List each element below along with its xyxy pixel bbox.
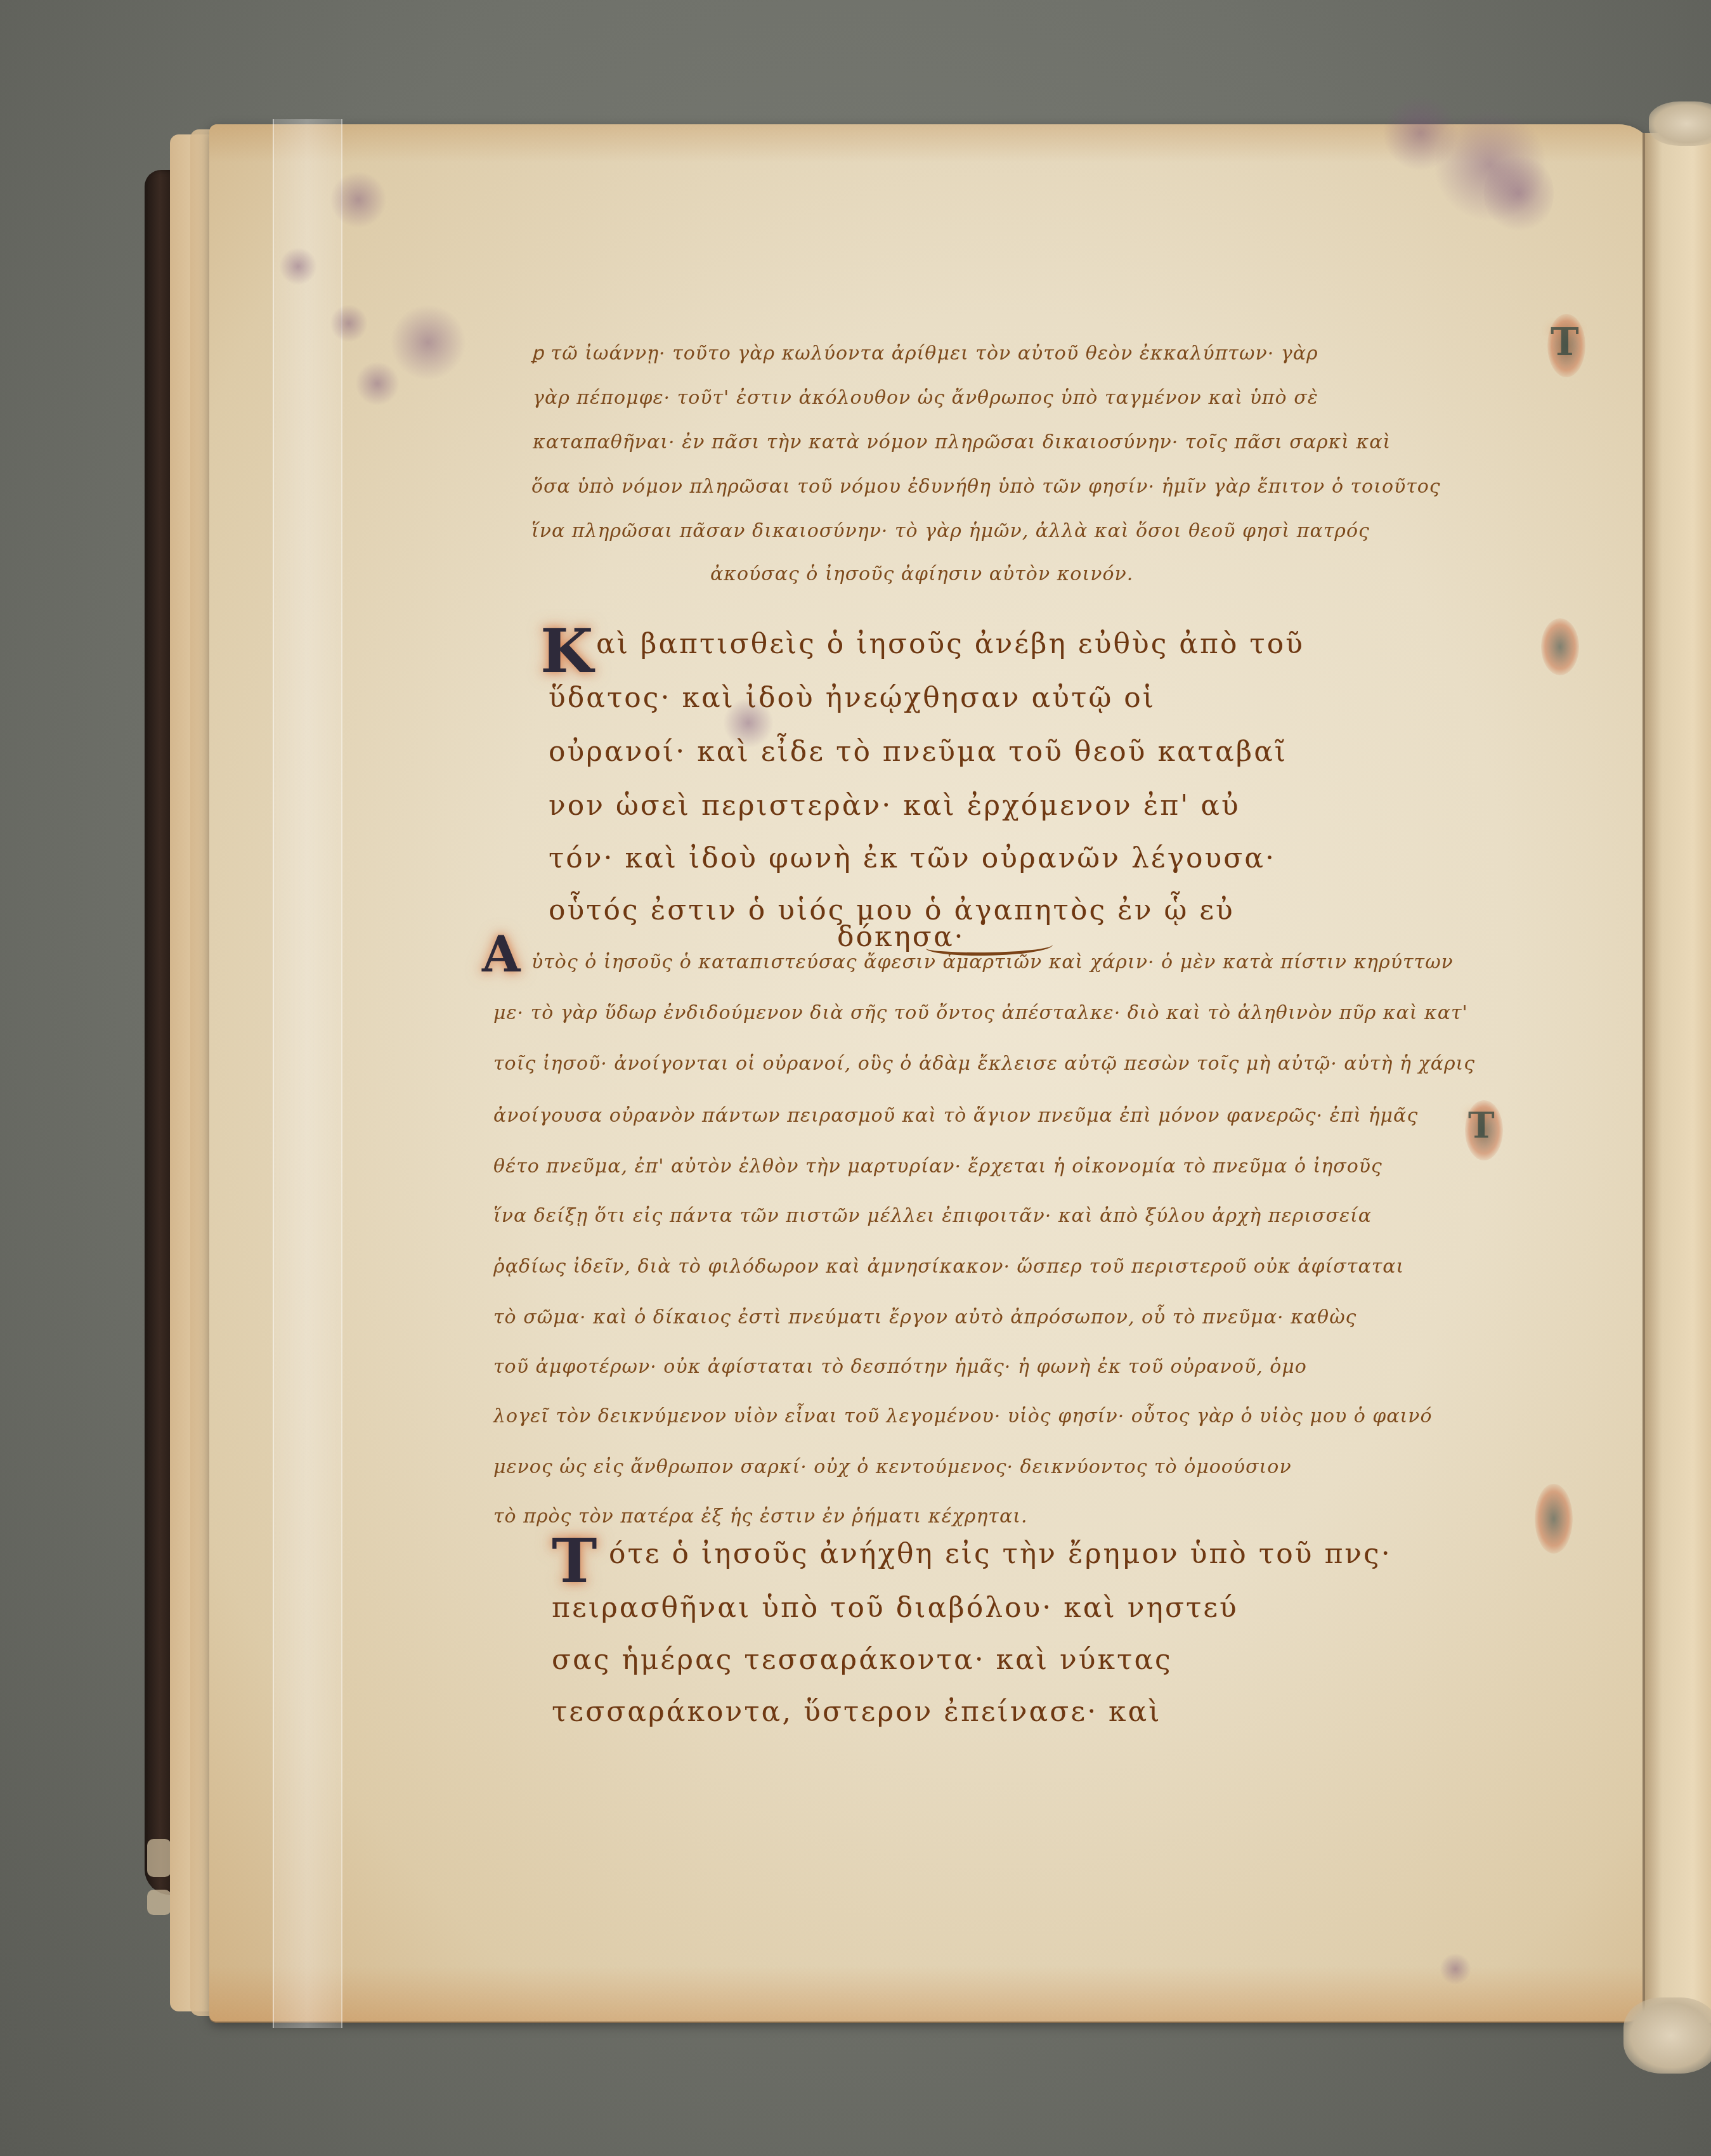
text-line: ὐτὸς ὁ ἰησοῦς ὁ καταπιστεύσας ἄφεσιν ἁμα… [531,951,1454,973]
margin-marker-t: Τ [1551,320,1579,365]
binding-thread [1649,101,1711,146]
decorated-initial-k: Κ [540,615,593,687]
margin-marker-blot [1535,1484,1573,1554]
binding-wear [147,1839,171,1877]
text-line: ἵνα δείξῃ ὅτι εἰς πάντα τῶν πιστῶν μέλλε… [493,1205,1372,1227]
text-line: μενος ὡς εἰς ἄνθρωπον σαρκί· οὐχ ὁ κεντο… [493,1456,1292,1478]
binding-thread [1623,1997,1711,2074]
margin-marker-blot [1541,618,1579,675]
text-line: με· τὸ γὰρ ὕδωρ ἐνδιδούμενον διὰ σῆς τοῦ… [493,1002,1468,1024]
text-line: τὸ σῶμα· καὶ ὁ δίκαιος ἐστὶ πνεύματι ἔργ… [493,1306,1356,1328]
text-line: λογεῖ τὸν δεικνύμενον υἱὸν εἶναι τοῦ λεγ… [493,1405,1433,1427]
manuscript-photo: ꝑ τῶ ἰωάννῃ· τοῦτο γὰρ κωλύοντα ἀρίθμει … [0,0,1711,2156]
text-line: τοῖς ἰησοῦ· ἀνοίγονται οἱ οὐρανοί, οὓς ὁ… [493,1053,1475,1075]
text-line: νον ὡσεὶ περιστερὰν· καὶ ἐρχόμενον ἐπ' α… [549,789,1240,822]
text-line: τόν· καὶ ἰδοὺ φωνὴ ἐκ τῶν οὐρανῶν λέγουσ… [549,842,1276,874]
text-line: καταπαθῆναι· ἐν πᾶσι τὴν κατὰ νόμον πληρ… [533,431,1391,453]
text-line: σας ἡμέρας τεσσαράκοντα· καὶ νύκτας [552,1644,1173,1676]
stain [355,361,400,406]
text-line: ꝑ τῶ ἰωάννῃ· τοῦτο γὰρ κωλύοντα ἀρίθμει … [531,342,1318,365]
text-line: οὐρανοί· καὶ εἶδε τὸ πνεῦμα τοῦ θεοῦ κατ… [549,736,1287,768]
stain [330,304,368,342]
stain [1440,1953,1471,1985]
text-line: τεσσαράκοντα, ὕστερον ἐπείνασε· καὶ [552,1696,1162,1728]
text-line: θέτο πνεῦμα, ἐπ' αὐτὸν ἐλθὸν τὴν μαρτυρί… [493,1155,1382,1178]
text-line: ὅσα ὑπὸ νόμον πληρῶσαι τοῦ νόμου ἐδυνήθη… [531,476,1441,498]
next-page-edge [1643,133,1711,2023]
text-line: τοῦ ἀμφοτέρων· οὐκ ἀφίσταται τὸ δεσπότην… [493,1356,1307,1378]
text-line: ἀκούσας ὁ ἰησοῦς ἀφίησιν αὐτὸν κοινόν. [710,563,1133,585]
text-line: ῥᾳδίως ἰδεῖν, διὰ τὸ φιλόδωρον καὶ ἀμνησ… [493,1256,1404,1278]
text-line: ἵνα πληρῶσαι πᾶσαν δικαιοσύνην· τὸ γὰρ ἡ… [531,520,1370,542]
text-line: ότε ὁ ἰησοῦς ἀνήχθη εἰς τὴν ἔρημον ὑπὸ τ… [609,1538,1392,1570]
stain [1484,152,1554,235]
decorated-initial-t: Τ [552,1525,597,1597]
stain [330,171,387,228]
decorated-initial-a: Α [482,926,521,984]
text-line: ἀνοίγουσα οὐρανὸν πάντων πειρασμοῦ καὶ τ… [493,1105,1418,1127]
margin-marker-t: Τ [1468,1105,1495,1146]
page-edge-discoloration [209,1966,1656,2023]
text-line: γὰρ πέπομφε· τοῦτ' ἐστιν ἀκόλουθον ὡς ἄν… [533,387,1318,409]
text-line: τὸ πρὸς τὸν πατέρα ἐξ ἡς ἐστιν ἐν ῥήματι… [493,1505,1028,1528]
text-line: πειρασθῆναι ὑπὸ τοῦ διαβόλου· καὶ νηστεύ [552,1592,1239,1624]
text-line: αὶ βαπτισθεὶς ὁ ἰησοῦς ἀνέβη εὐθὺς ἀπὸ τ… [596,628,1304,660]
stain [279,247,317,285]
repair-tape [273,119,342,2028]
binding-wear [147,1890,171,1915]
stain [390,304,466,380]
text-line: ὕδατος· καὶ ἰδοὺ ἠνεῴχθησαν αὐτῷ οἱ [549,682,1155,714]
